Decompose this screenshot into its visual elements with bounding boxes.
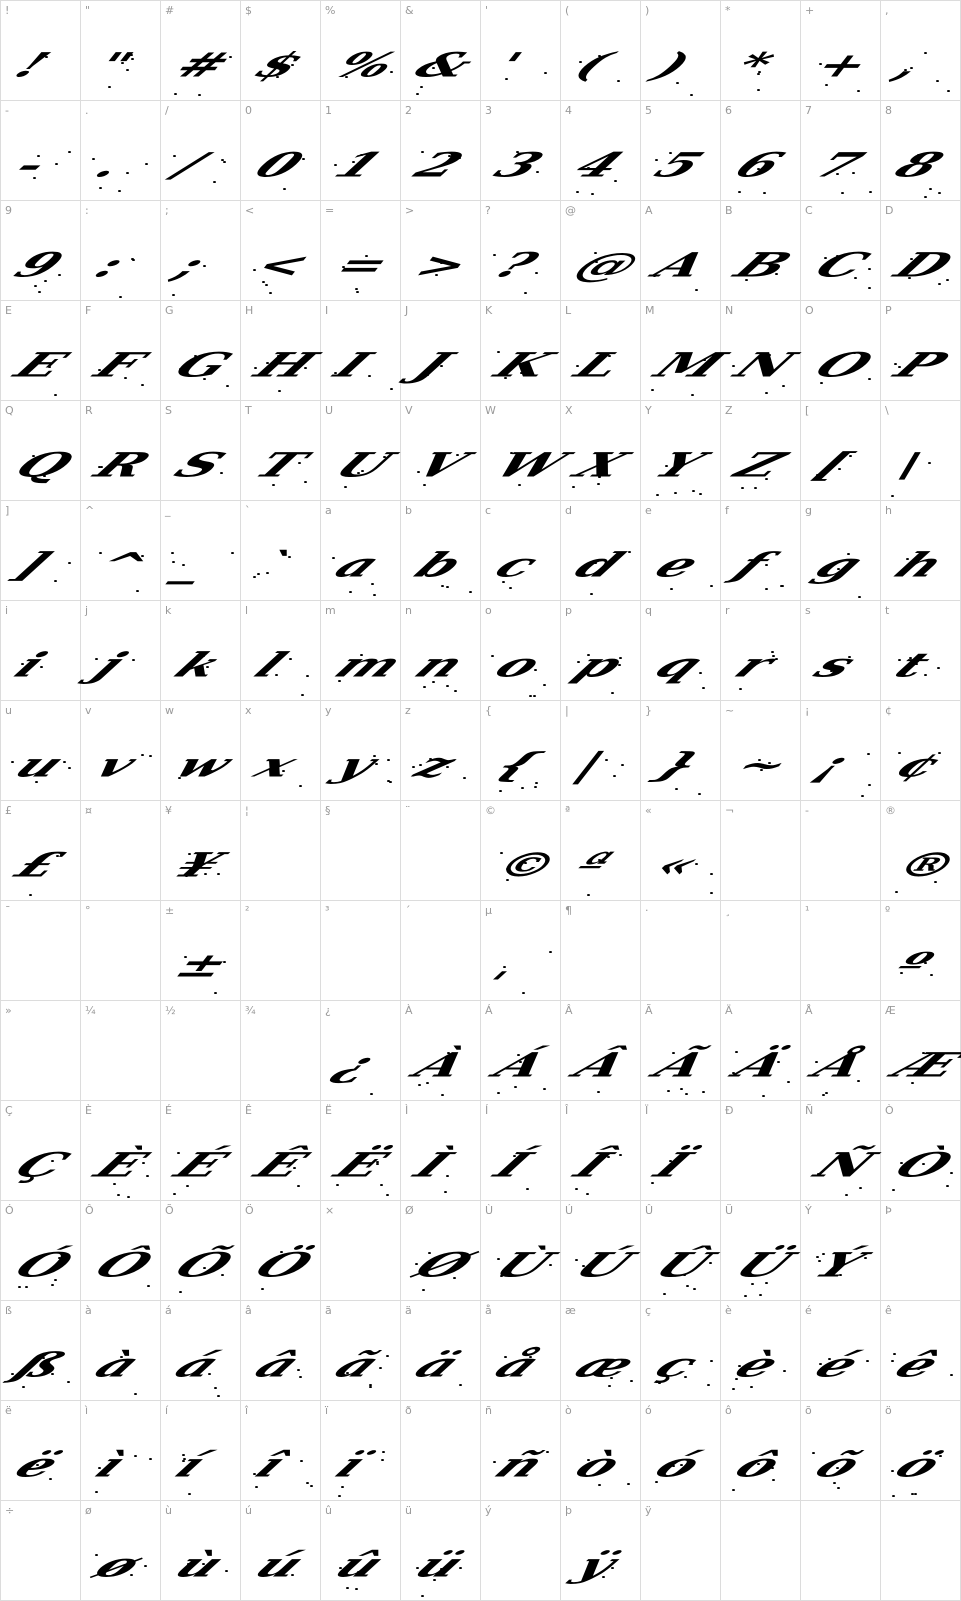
ink-splatter xyxy=(11,761,14,763)
ink-splatter xyxy=(892,1495,895,1497)
glyph-cell[interactable]: ÷ xyxy=(1,1501,81,1601)
ink-splatter xyxy=(765,392,768,394)
glyph-label: - xyxy=(5,104,9,117)
glyph-cell[interactable]: » xyxy=(1,1001,81,1101)
glyph-label: q xyxy=(645,604,652,617)
glyph-label: 7 xyxy=(805,104,812,117)
ink-splatter xyxy=(214,992,217,994)
ink-splatter xyxy=(497,1092,500,1094)
glyph-cell[interactable]: Q Q xyxy=(1,401,81,501)
glyph-label: j xyxy=(85,604,88,617)
glyph-label: V xyxy=(405,404,413,417)
glyph-label: 4 xyxy=(565,104,572,117)
glyph-label: / xyxy=(165,104,169,117)
glyph-label: ¾ xyxy=(245,1004,256,1017)
glyph-label: i xyxy=(5,604,8,617)
ink-splatter xyxy=(499,790,502,792)
ink-splatter xyxy=(938,192,941,194)
glyph-cell[interactable]: 9 9 xyxy=(1,201,81,301)
glyph-label: J xyxy=(405,304,408,317)
ink-splatter xyxy=(841,192,844,194)
ink-splatter xyxy=(416,93,419,95)
glyph-label: u xyxy=(5,704,12,717)
glyph-label: Ç xyxy=(5,1104,13,1117)
ink-splatter xyxy=(29,894,32,896)
ink-splatter xyxy=(421,1595,424,1597)
ink-splatter xyxy=(738,191,741,193)
glyph-label: Ê xyxy=(245,1104,252,1117)
glyph-label: ç xyxy=(645,1304,651,1317)
glyph-label: ô xyxy=(725,1404,732,1417)
glyph-label: ) xyxy=(645,4,649,17)
glyph-label: G xyxy=(165,304,174,317)
glyph-label: h xyxy=(885,504,892,517)
ink-splatter xyxy=(127,1196,130,1198)
glyph-label: ¤ xyxy=(85,804,92,817)
ink-splatter xyxy=(763,192,766,194)
glyph-label: Ù xyxy=(485,1204,493,1217)
glyph-label: 5 xyxy=(645,104,652,117)
ink-splatter xyxy=(891,495,894,497)
glyph-label: R xyxy=(85,404,93,417)
glyph-label: ¼ xyxy=(85,1004,96,1017)
ink-splatter xyxy=(759,1294,762,1296)
ink-splatter xyxy=(173,1193,176,1195)
glyph-label: Ü xyxy=(725,1204,733,1217)
ink-splatter xyxy=(188,1493,191,1495)
ink-splatter xyxy=(587,894,590,896)
glyph-label: x xyxy=(245,704,252,717)
glyph-label: ± xyxy=(165,904,174,917)
glyph-label: ¯ xyxy=(5,904,11,917)
glyph-label: o xyxy=(485,604,492,617)
glyph-label: E xyxy=(5,304,12,317)
glyph-label: M xyxy=(645,304,655,317)
ink-splatter xyxy=(217,1395,220,1397)
glyph-label: µ xyxy=(485,904,492,917)
glyph-label: è xyxy=(725,1304,732,1317)
glyph-label: U xyxy=(325,404,333,417)
glyph-label: b xyxy=(405,504,412,517)
glyph-label: c xyxy=(485,504,491,517)
glyph-label: ó xyxy=(645,1404,652,1417)
glyph-label: z xyxy=(405,704,411,717)
glyph-label: - xyxy=(805,804,809,817)
ink-splatter xyxy=(118,190,121,192)
glyph-label: Z xyxy=(725,404,733,417)
glyph-label: Î xyxy=(565,1104,568,1117)
glyph-label: _ xyxy=(165,504,171,517)
glyph-label: » xyxy=(5,1004,12,1017)
glyph-label: ¹ xyxy=(805,904,809,917)
glyph-label: v xyxy=(85,704,92,717)
glyph-label: P xyxy=(885,304,892,317)
ink-splatter xyxy=(590,593,593,595)
glyph-label: $ xyxy=(245,4,252,17)
glyph-label: Ó xyxy=(5,1204,14,1217)
ink-splatter xyxy=(373,594,376,596)
ink-splatter xyxy=(695,289,698,291)
glyph-cell[interactable]: Ç Ç xyxy=(1,1101,81,1201)
ink-splatter xyxy=(444,1191,447,1193)
glyph-label: . xyxy=(85,104,89,117)
ink-splatter xyxy=(454,690,457,692)
glyph-label: ² xyxy=(245,904,249,917)
glyph-label: d xyxy=(565,504,572,517)
ink-splatter xyxy=(441,1094,444,1096)
ink-splatter xyxy=(338,1495,341,1497)
glyph-label: & xyxy=(405,4,414,17)
glyph-label: Ò xyxy=(885,1104,894,1117)
glyph-label: ù xyxy=(165,1504,172,1517)
glyph-label: ï xyxy=(325,1404,328,1417)
ink-splatter xyxy=(699,493,702,495)
ink-splatter xyxy=(825,1092,828,1094)
glyph-label: ] xyxy=(5,504,9,517)
ink-splatter xyxy=(656,494,659,496)
ink-splatter xyxy=(529,695,532,697)
glyph-label: ë xyxy=(5,1404,12,1417)
glyph-label: 8 xyxy=(885,104,892,117)
glyph-label: s xyxy=(805,604,811,617)
glyph-label: ¸ xyxy=(725,904,731,917)
ink-splatter xyxy=(524,292,527,294)
glyph-cell[interactable]: E E xyxy=(1,301,81,401)
glyph-label: T xyxy=(245,404,252,417)
glyph-label: + xyxy=(805,4,814,17)
glyph-label: : xyxy=(85,204,89,217)
glyph-cell[interactable]: i i xyxy=(1,601,81,701)
ink-splatter xyxy=(95,1491,98,1493)
glyph-label: ì xyxy=(85,1404,88,1417)
ink-splatter xyxy=(857,90,860,92)
glyph-label: é xyxy=(805,1304,812,1317)
glyph-label: O xyxy=(805,304,814,317)
ink-splatter xyxy=(119,296,122,298)
ink-splatter xyxy=(591,193,594,195)
ink-splatter xyxy=(269,292,272,294)
glyph-label: l xyxy=(245,604,248,617)
glyph-label: Õ xyxy=(165,1204,174,1217)
glyph-label: º xyxy=(885,904,890,917)
glyph-label: t xyxy=(885,604,889,617)
ink-splatter xyxy=(301,694,304,696)
glyph-label: É xyxy=(165,1104,172,1117)
glyph-label: ' xyxy=(485,4,488,17)
glyph-label: Ý xyxy=(805,1204,812,1217)
glyph-label: r xyxy=(725,604,730,617)
glyph-label: N xyxy=(725,304,733,317)
glyph-label: Ô xyxy=(85,1204,94,1217)
glyph-label: | xyxy=(565,704,569,717)
glyph-label: È xyxy=(85,1104,92,1117)
ink-splatter xyxy=(692,490,695,492)
ink-splatter xyxy=(861,795,864,797)
glyph-label: ¢ xyxy=(885,704,892,717)
glyph-label: Þ xyxy=(885,1204,892,1217)
glyph-label: > xyxy=(405,204,414,217)
glyph-label: X xyxy=(565,404,573,417)
glyph-label: , xyxy=(885,4,889,17)
glyph-label: ã xyxy=(325,1304,332,1317)
glyph-label: * xyxy=(725,4,731,17)
glyph-label: § xyxy=(325,804,331,817)
glyph-label: Á xyxy=(485,1004,493,1017)
ink-splatter xyxy=(762,1095,765,1097)
ink-splatter xyxy=(522,992,525,994)
glyph-label: û xyxy=(325,1504,332,1517)
ink-splatter xyxy=(134,1393,137,1395)
glyph-label: Â xyxy=(565,1004,573,1017)
glyph-label: ¦ xyxy=(245,804,249,817)
glyph-label: e xyxy=(645,504,652,517)
glyph-label: y xyxy=(325,704,332,717)
glyph-label: ¶ xyxy=(565,904,572,917)
glyph-label: p xyxy=(565,604,572,617)
ink-splatter xyxy=(663,1293,666,1295)
glyph-label: ¥ xyxy=(165,804,172,817)
glyph-label: ³ xyxy=(325,904,329,917)
ink-splatter xyxy=(895,891,898,893)
glyph-cell[interactable]: Ó Ó xyxy=(1,1201,81,1301)
ink-splatter xyxy=(136,590,139,592)
glyph-label: < xyxy=(245,204,254,217)
glyph-label: Ø xyxy=(405,1204,414,1217)
glyph-label: £ xyxy=(5,804,12,817)
glyph-label: í xyxy=(165,1404,168,1417)
ink-splatter xyxy=(691,394,694,396)
ink-splatter xyxy=(685,1093,688,1095)
glyph-label: ª xyxy=(565,804,570,817)
glyph-cell[interactable]: ! ! xyxy=(1,1,81,101)
glyph-cell[interactable]: u u xyxy=(1,701,81,801)
glyph-label: ¿ xyxy=(325,1004,331,1017)
glyph-label: ö xyxy=(885,1404,892,1417)
glyph-label: ¬ xyxy=(725,804,734,817)
glyph-label: Ä xyxy=(725,1004,733,1017)
glyph-label: \ xyxy=(885,404,889,417)
glyph-label: F xyxy=(85,304,91,317)
glyph-label: ñ xyxy=(485,1404,492,1417)
ink-splatter xyxy=(349,591,352,593)
glyph-label: ^ xyxy=(85,504,94,517)
glyph-label: % xyxy=(325,4,335,17)
glyph-label: [ xyxy=(805,404,809,417)
ink-splatter xyxy=(174,93,177,95)
ink-splatter xyxy=(38,291,41,293)
glyph-label: S xyxy=(165,404,172,417)
ink-splatter xyxy=(914,1493,917,1495)
ink-splatter xyxy=(947,90,950,92)
glyph-label: â xyxy=(245,1304,252,1317)
ink-splatter xyxy=(892,1189,895,1191)
glyph-label: a xyxy=(325,504,332,517)
glyph-label: Ú xyxy=(565,1204,573,1217)
glyph-cell[interactable]: ë ë xyxy=(1,1401,81,1501)
glyph-cell[interactable]: ] ] xyxy=(1,501,81,601)
glyph-label: © xyxy=(485,804,496,817)
glyph-label: 0 xyxy=(245,104,252,117)
glyph-label: õ xyxy=(805,1404,812,1417)
glyph-label: ; xyxy=(165,204,169,217)
ink-splatter xyxy=(179,1291,182,1293)
glyph-label: g xyxy=(805,504,812,517)
glyph-label: I xyxy=(325,304,328,317)
glyph-label: Ë xyxy=(325,1104,332,1117)
glyph-label: ÷ xyxy=(5,1504,14,1517)
ink-splatter xyxy=(924,196,927,198)
glyph-cell[interactable]: - - xyxy=(1,101,81,201)
glyph-label: ( xyxy=(565,4,569,17)
glyph-label: m xyxy=(325,604,336,617)
glyph-cell[interactable]: £ £ xyxy=(1,801,81,901)
ink-splatter xyxy=(198,94,201,96)
glyph-label: ð xyxy=(405,1404,412,1417)
glyph-label: ¡ xyxy=(805,704,809,717)
glyph-label: Y xyxy=(645,404,652,417)
glyph-label: ½ xyxy=(165,1004,176,1017)
glyph-label: 9 xyxy=(5,204,12,217)
ink-splatter xyxy=(597,1091,600,1093)
glyph-label: A xyxy=(645,204,653,217)
ink-splatter xyxy=(710,892,713,894)
glyph-label: B xyxy=(725,204,733,217)
glyph-label: ü xyxy=(405,1504,412,1517)
glyph-label: À xyxy=(405,1004,413,1017)
ink-splatter xyxy=(674,492,677,494)
glyph-label: ê xyxy=(885,1304,892,1317)
glyph-label: Û xyxy=(645,1204,653,1217)
glyph-label: ? xyxy=(485,204,491,217)
ink-splatter xyxy=(858,596,861,598)
glyph-label: } xyxy=(645,704,652,717)
ink-splatter xyxy=(611,692,614,694)
glyph-label: « xyxy=(645,804,652,817)
ink-splatter xyxy=(172,294,175,296)
glyph-label: n xyxy=(405,604,412,617)
glyph-label: f xyxy=(725,504,729,517)
glyph-label: ä xyxy=(405,1304,412,1317)
glyph-label: å xyxy=(485,1304,492,1317)
glyph-label: ® xyxy=(885,804,896,817)
ink-splatter xyxy=(667,1090,670,1092)
glyph-label: Ì xyxy=(405,1104,408,1117)
ink-splatter xyxy=(702,1091,705,1093)
ink-splatter xyxy=(54,394,57,396)
glyph-label: ò xyxy=(565,1404,572,1417)
glyph-label: ý xyxy=(485,1504,492,1517)
glyph-label: ! xyxy=(5,4,9,17)
glyph-label: @ xyxy=(565,204,576,217)
ink-splatter xyxy=(533,695,536,697)
ink-splatter xyxy=(744,1295,747,1297)
glyph-label: " xyxy=(85,4,90,17)
glyph-label: · xyxy=(645,904,649,917)
glyph-label: î xyxy=(245,1404,248,1417)
glyph-label: ° xyxy=(85,904,91,917)
ink-splatter xyxy=(576,191,579,193)
ink-splatter xyxy=(117,1194,120,1196)
glyph-label: K xyxy=(485,304,492,317)
ink-splatter xyxy=(869,191,872,193)
glyph-label: Ð xyxy=(725,1104,734,1117)
glyph-label: L xyxy=(565,304,571,317)
glyph-label: Ñ xyxy=(805,1104,813,1117)
ink-splatter xyxy=(469,591,472,593)
glyph-label: ` xyxy=(245,504,251,517)
ink-splatter xyxy=(698,793,701,795)
glyph-label: # xyxy=(165,4,174,17)
character-map-grid: ! ! " " # # $ $ % % & & ' ' ( ( ) ) * * … xyxy=(0,0,961,1601)
ink-splatter xyxy=(822,1094,825,1096)
glyph-label: C xyxy=(805,204,813,217)
glyph-label: w xyxy=(165,704,174,717)
glyph-label: à xyxy=(85,1304,92,1317)
glyph-label: Í xyxy=(485,1104,488,1117)
glyph-label: W xyxy=(485,404,496,417)
glyph-label: D xyxy=(885,204,893,217)
glyph-label: ß xyxy=(5,1304,12,1317)
ink-splatter xyxy=(845,1194,848,1196)
glyph-label: 3 xyxy=(485,104,492,117)
glyph-label: æ xyxy=(565,1304,576,1317)
glyph-label: H xyxy=(245,304,253,317)
glyph-label: ø xyxy=(85,1504,92,1517)
glyph-cell[interactable]: ¯ xyxy=(1,901,81,1001)
glyph-label: Æ xyxy=(885,1004,896,1017)
glyph-label: á xyxy=(165,1304,172,1317)
glyph-label: × xyxy=(325,1204,334,1217)
glyph-label: Ï xyxy=(645,1104,648,1117)
glyph-label: 1 xyxy=(325,104,332,117)
glyph-label: 6 xyxy=(725,104,732,117)
glyph-label: = xyxy=(325,204,334,217)
glyph-label: Q xyxy=(5,404,14,417)
glyph-label: ÿ xyxy=(645,1504,652,1517)
glyph-label: ´ xyxy=(405,904,411,917)
ink-splatter xyxy=(586,1193,589,1195)
glyph-label: Ã xyxy=(645,1004,653,1017)
glyph-label: Ö xyxy=(245,1204,254,1217)
glyph-cell[interactable]: ß ß xyxy=(1,1301,81,1401)
ink-splatter xyxy=(278,390,281,392)
ink-splatter xyxy=(386,1194,389,1196)
glyph-label: 2 xyxy=(405,104,412,117)
ink-splatter xyxy=(356,291,359,293)
glyph-label: Å xyxy=(805,1004,813,1017)
glyph-label: þ xyxy=(565,1504,572,1517)
glyph-label: k xyxy=(165,604,171,617)
glyph-label: ¨ xyxy=(405,804,411,817)
glyph-label: ~ xyxy=(725,704,734,717)
ink-splatter xyxy=(370,1093,373,1095)
ink-splatter xyxy=(690,94,693,96)
glyph-label: ú xyxy=(245,1504,252,1517)
glyph-label: { xyxy=(485,704,492,717)
